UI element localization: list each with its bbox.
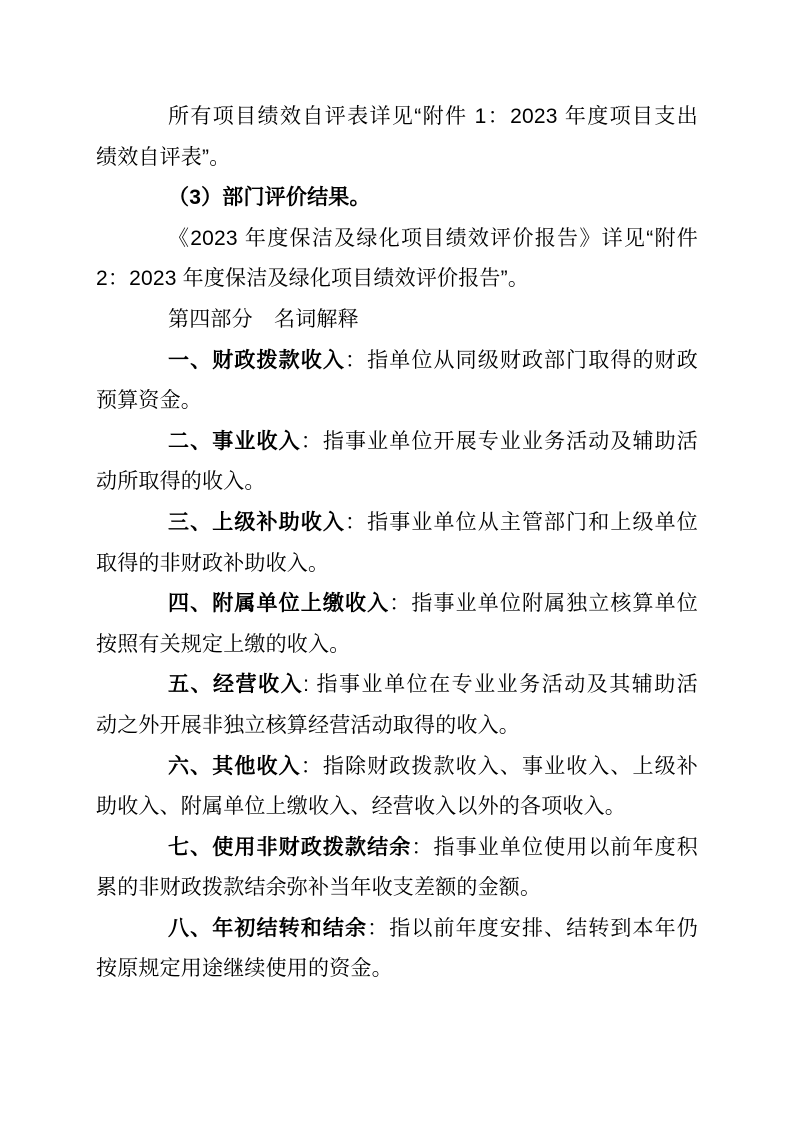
paragraph: 第四部分 名词解释 [96,300,698,341]
body-text: ：指以前年度安排、结转到本年仍 [367,917,698,940]
text-line: 动之外开展非独立核算经营活动取得的收入。 [96,706,698,747]
text-line: 按原规定用途继续使用的资金。 [96,949,698,990]
text-line: 二、事业收入：指事业单位开展专业业务活动及辅助活 [96,422,698,463]
term-bold-text: 三、上级补助收入 [168,511,345,534]
text-line: 动所取得的收入。 [96,462,698,503]
text-line: 助收入、附属单位上缴收入、经营收入以外的各项收入。 [96,787,698,828]
body-text: 绩效自评表”。 [96,146,230,169]
text-line: 三、上级补助收入：指事业单位从主管部门和上级单位 [96,503,698,544]
term-bold-text: 六、其他收入 [168,755,301,778]
body-text: 2：2023 年度保洁及绿化项目绩效评价报告”。 [96,267,529,290]
text-line: 绩效自评表”。 [96,138,698,179]
body-text: ：指事业单位附属独立核算单位 [389,592,698,615]
body-text: : 指事业单位在专业业务活动及其辅助活 [303,673,698,696]
body-text: 动所取得的收入。 [96,470,266,493]
body-text: ：指除财政拨款收入、事业收入、上级补 [301,755,698,778]
text-line: 累的非财政拨款结余弥补当年收支差额的金额。 [96,868,698,909]
body-text: ：指事业单位使用以前年度积 [411,836,698,859]
term-bold-text: 一、财政拨款收入 [168,349,345,372]
body-text: 第四部分 名词解释 [168,308,359,331]
term-bold-text: 八、年初结转和结余 [168,917,367,940]
paragraph: 二、事业收入：指事业单位开展专业业务活动及辅助活动所取得的收入。 [96,422,698,503]
text-line: 四、附属单位上缴收入：指事业单位附属独立核算单位 [96,584,698,625]
paragraph: 七、使用非财政拨款结余：指事业单位使用以前年度积累的非财政拨款结余弥补当年收支差… [96,828,698,909]
term-bold-text: 七、使用非财政拨款结余 [168,836,411,859]
text-line: 取得的非财政补助收入。 [96,544,698,585]
body-text: 所有项目绩效自评表详见“附件 1：2023 年度项目支出 [168,105,698,128]
body-text: 按原规定用途继续使用的资金。 [96,957,393,980]
text-line: （3）部门评价结果。 [96,178,698,219]
document-page: 所有项目绩效自评表详见“附件 1：2023 年度项目支出绩效自评表”。（3）部门… [0,0,794,1122]
body-text: ：指事业单位开展专业业务活动及辅助活 [301,430,698,453]
text-line: 预算资金。 [96,381,698,422]
paragraph: 三、上级补助收入：指事业单位从主管部门和上级单位取得的非财政补助收入。 [96,503,698,584]
text-line: 所有项目绩效自评表详见“附件 1：2023 年度项目支出 [96,97,698,138]
term-bold-text: 五、经营收入 [168,673,303,696]
text-line: 按照有关规定上缴的收入。 [96,625,698,666]
paragraph: 四、附属单位上缴收入：指事业单位附属独立核算单位按照有关规定上缴的收入。 [96,584,698,665]
body-text: ：指事业单位从主管部门和上级单位 [345,511,698,534]
term-bold-text: 四、附属单位上缴收入 [168,592,389,615]
term-bold-text: （3）部门评价结果。 [168,186,371,209]
body-text: 《2023 年度保洁及绿化项目绩效评价报告》详见“附件 [168,227,698,250]
paragraph: （3）部门评价结果。 [96,178,698,219]
text-line: 八、年初结转和结余：指以前年度安排、结转到本年仍 [96,909,698,950]
body-text: 预算资金。 [96,389,202,412]
text-line: 《2023 年度保洁及绿化项目绩效评价报告》详见“附件 [96,219,698,260]
paragraph: 六、其他收入：指除财政拨款收入、事业收入、上级补助收入、附属单位上缴收入、经营收… [96,747,698,828]
paragraph: 所有项目绩效自评表详见“附件 1：2023 年度项目支出绩效自评表”。 [96,97,698,178]
body-text: ：指单位从同级财政部门取得的财政 [345,349,698,372]
paragraph: 《2023 年度保洁及绿化项目绩效评价报告》详见“附件2：2023 年度保洁及绿… [96,219,698,300]
body-text: 动之外开展非独立核算经营活动取得的收入。 [96,714,520,737]
term-bold-text: 二、事业收入 [168,430,301,453]
body-text: 助收入、附属单位上缴收入、经营收入以外的各项收入。 [96,795,626,818]
text-line: 2：2023 年度保洁及绿化项目绩效评价报告”。 [96,259,698,300]
text-line: 七、使用非财政拨款结余：指事业单位使用以前年度积 [96,828,698,869]
body-text: 取得的非财政补助收入。 [96,552,329,575]
body-text: 按照有关规定上缴的收入。 [96,633,350,656]
body-text: 累的非财政拨款结余弥补当年收支差额的金额。 [96,876,541,899]
text-line: 一、财政拨款收入：指单位从同级财政部门取得的财政 [96,341,698,382]
document-body: 所有项目绩效自评表详见“附件 1：2023 年度项目支出绩效自评表”。（3）部门… [96,97,698,990]
paragraph: 一、财政拨款收入：指单位从同级财政部门取得的财政预算资金。 [96,341,698,422]
text-line: 六、其他收入：指除财政拨款收入、事业收入、上级补 [96,747,698,788]
text-line: 第四部分 名词解释 [96,300,698,341]
paragraph: 五、经营收入: 指事业单位在专业业务活动及其辅助活动之外开展非独立核算经营活动取… [96,665,698,746]
text-line: 五、经营收入: 指事业单位在专业业务活动及其辅助活 [96,665,698,706]
paragraph: 八、年初结转和结余：指以前年度安排、结转到本年仍按原规定用途继续使用的资金。 [96,909,698,990]
